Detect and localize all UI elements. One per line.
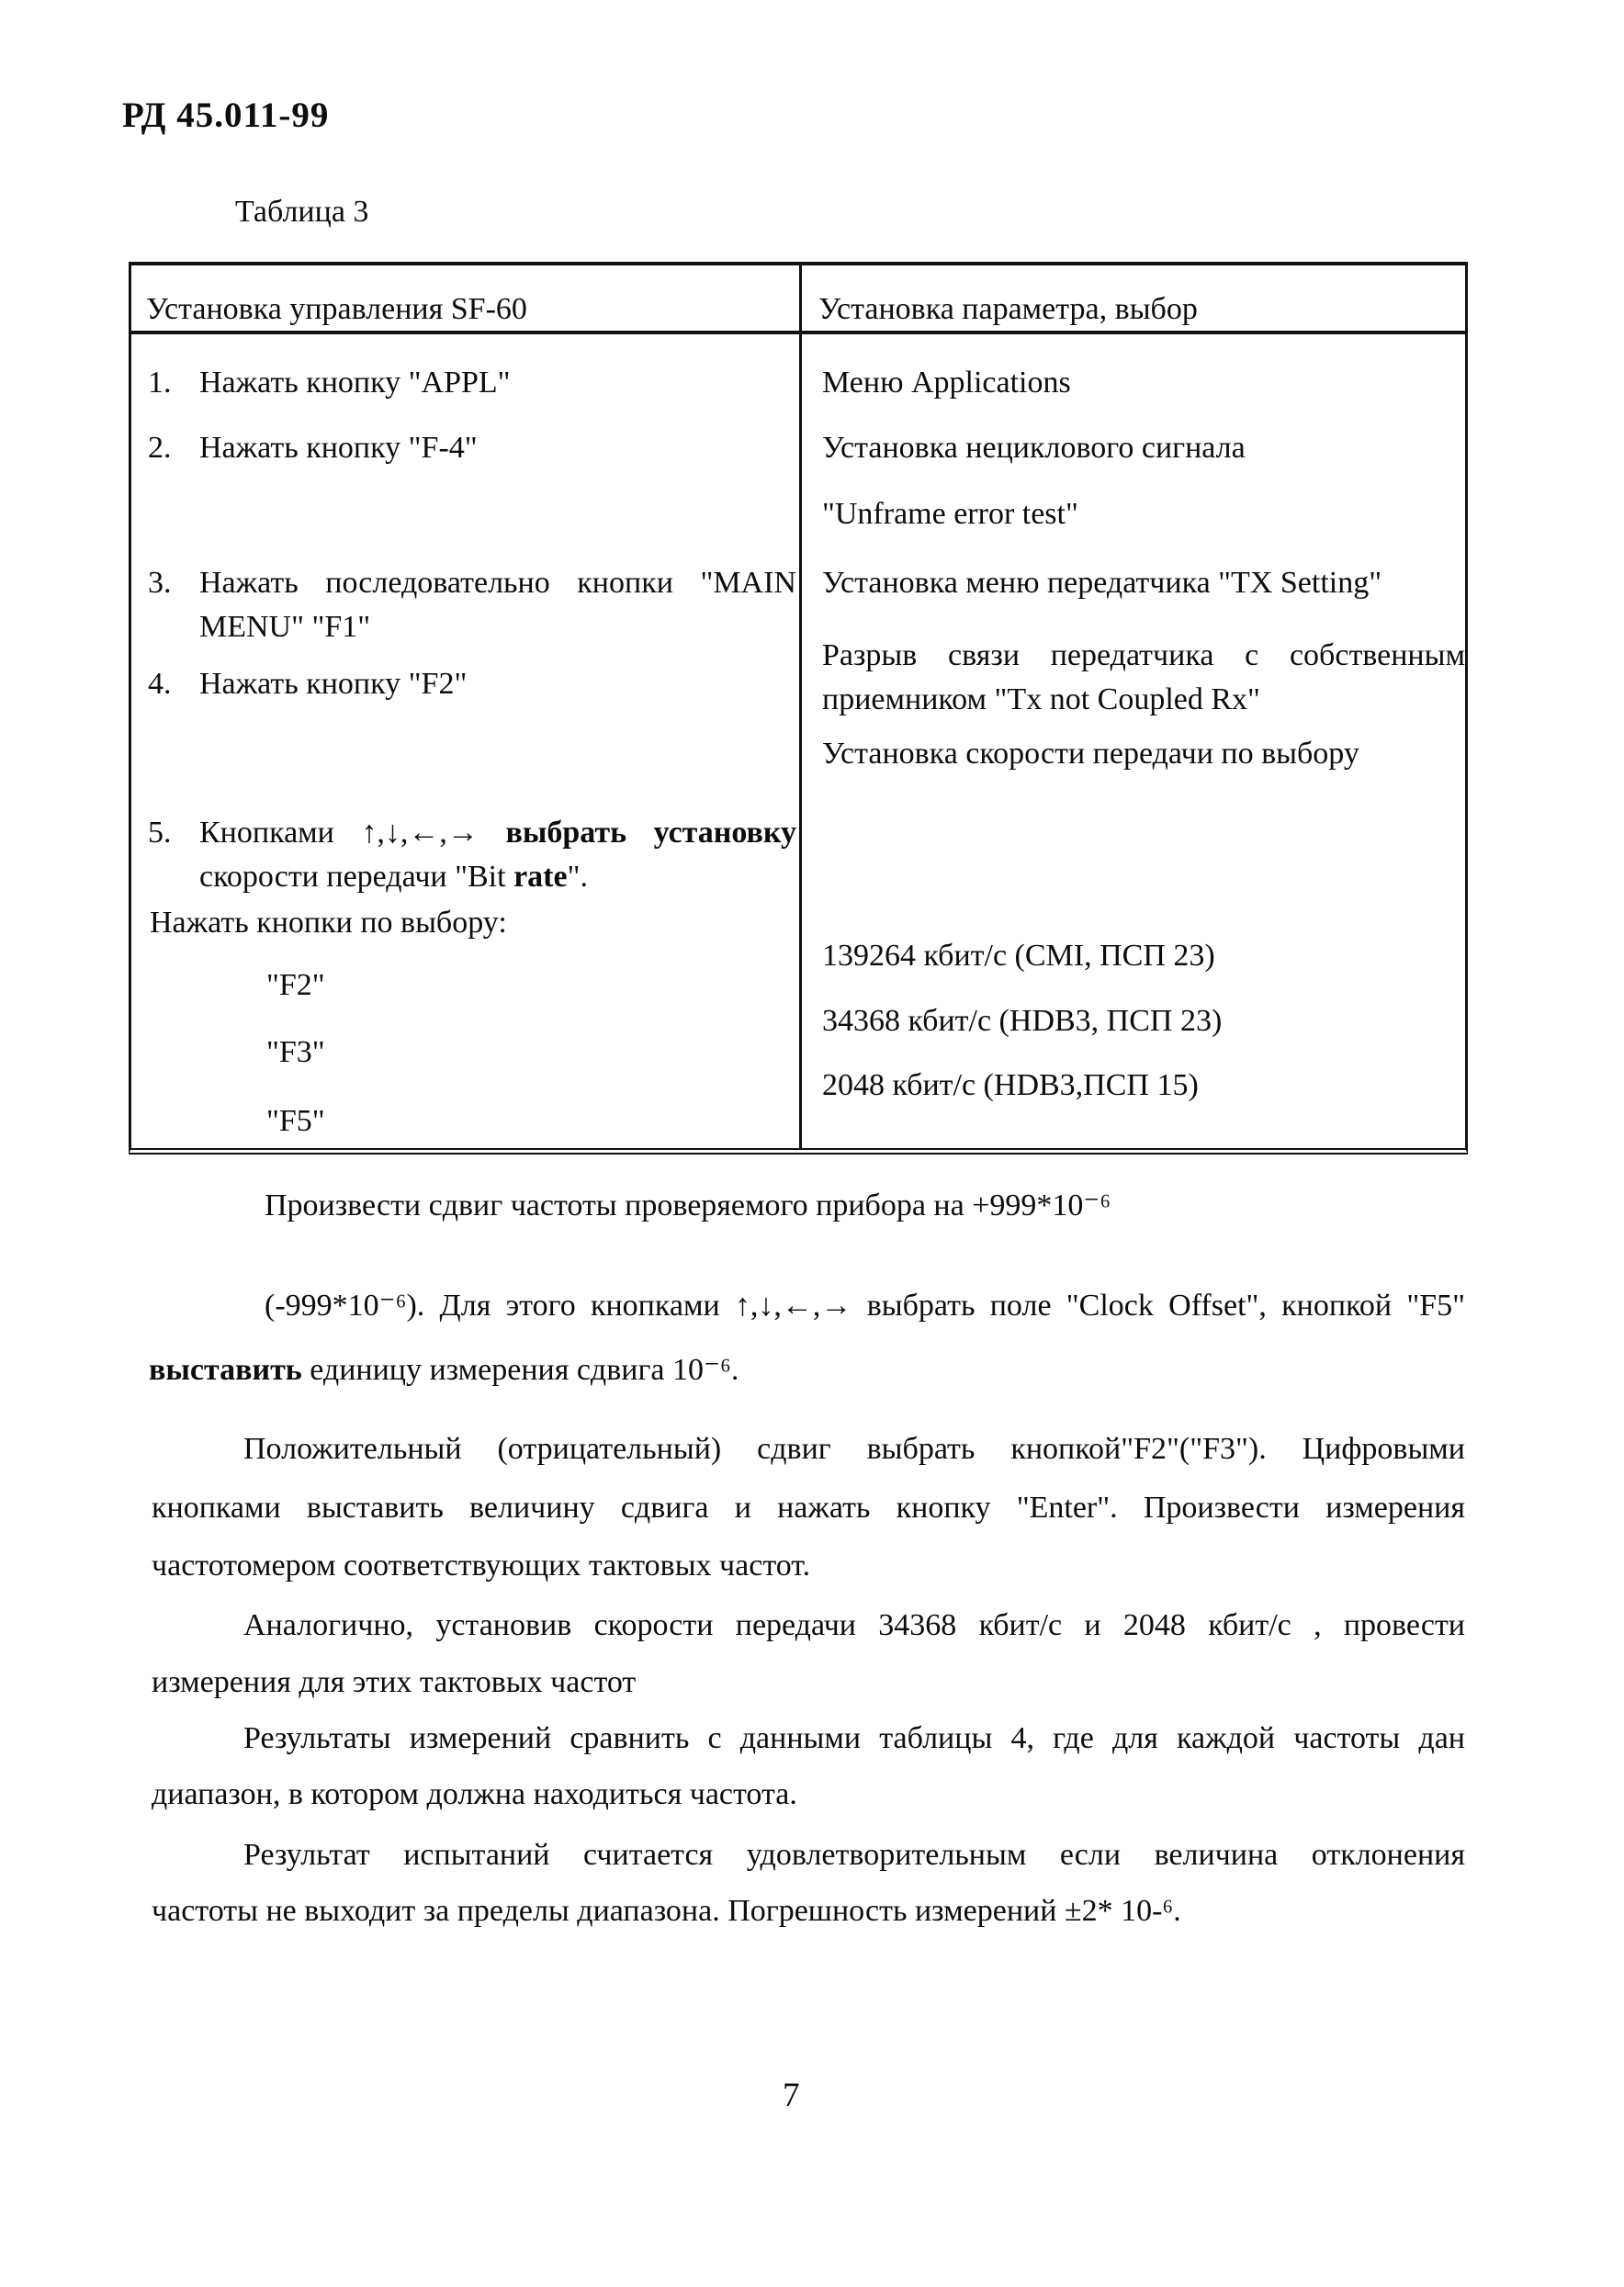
table-right-entry-1: Меню Applications xyxy=(822,361,1465,405)
table-right-entry-4: Разрыв связи передатчика с собственным п… xyxy=(822,634,1465,722)
table-left-choose-label: Нажать кнопки по выбору: xyxy=(150,903,507,943)
table-right-value-1: 139264 кбит/с (CMI, ПСП 23) xyxy=(822,934,1465,978)
table-header-col2: Установка параметра, выбор xyxy=(818,289,1198,330)
body-line-11: Результат испытаний считается удовлетвор… xyxy=(243,1835,1465,1876)
item-number: 5. xyxy=(148,811,172,855)
body-line-5: кнопками выставить величину сдвига и наж… xyxy=(152,1488,1465,1528)
table-left-item-5: 5.Кнопками ↑,↓,←,→ выбрать установку ско… xyxy=(148,811,796,899)
page-number: 7 xyxy=(783,2076,800,2115)
item-text: Кнопками ↑,↓,←,→ xyxy=(199,816,505,850)
item-text-bold: выбрать установку xyxy=(505,816,796,850)
body-line-6: частотомером соответствующих тактовых ча… xyxy=(152,1546,810,1586)
item-text: Нажать последовательно кнопки "MAIN MENU… xyxy=(199,566,796,644)
item-text-bold: rate xyxy=(513,860,568,894)
body-line-3: выставить единицу измерения сдвига 10⁻⁶. xyxy=(149,1350,739,1391)
item-text: скорости передачи "Bit xyxy=(199,860,513,894)
body-line-3-rest: единицу измерения сдвига 10⁻⁶. xyxy=(302,1353,739,1387)
body-line-8: измерения для этих тактовых частот xyxy=(152,1662,636,1703)
body-line-12: частоты не выходит за пределы диапазона.… xyxy=(152,1891,1181,1932)
body-line-2: (-999*10⁻⁶). Для этого кнопками ↑,↓,←,→ … xyxy=(265,1286,1465,1326)
item-number: 1. xyxy=(148,361,172,405)
item-number: 3. xyxy=(148,561,172,605)
body-line-1: Произвести сдвиг частоты проверяемого пр… xyxy=(265,1186,1111,1226)
table-left-item-4: 4.Нажать кнопку "F2" xyxy=(148,662,796,706)
table-left-item-1: 1.Нажать кнопку "APPL" xyxy=(148,361,796,405)
setup-table: Установка управления SF-60 Установка пар… xyxy=(129,262,1468,1155)
table-left-key-f2: "F2" xyxy=(266,965,325,1006)
body-line-7: Аналогично, установив скорости передачи … xyxy=(243,1605,1465,1646)
item-text: ". xyxy=(568,860,588,894)
document-page: РД 45.011-99 Таблица 3 Установка управле… xyxy=(0,0,1624,2287)
table-right-entry-5: Установка скорости передачи по выбору xyxy=(822,732,1465,776)
doc-code: РД 45.011-99 xyxy=(122,95,329,136)
table-left-key-f3: "F3" xyxy=(266,1032,325,1073)
table-right-value-3: 2048 кбит/с (HDB3,ПСП 15) xyxy=(822,1064,1465,1108)
table-right-entry-2a: Установка нециклового сигнала xyxy=(822,426,1465,470)
table-right-entry-2b: "Unframe error test" xyxy=(822,492,1465,536)
item-number: 4. xyxy=(148,662,172,706)
item-text: Нажать кнопку "F2" xyxy=(199,667,467,701)
table-right-entry-3: Установка меню передатчика "TX Setting" xyxy=(822,561,1465,605)
table-left-key-f5: "F5" xyxy=(266,1101,325,1142)
body-line-10: диапазон, в котором должна находиться ча… xyxy=(152,1774,797,1815)
item-text: Нажать кнопку "APPL" xyxy=(199,366,511,400)
body-line-4: Положительный (отрицательный) сдвиг выбр… xyxy=(243,1429,1465,1470)
table-left-item-2: 2.Нажать кнопку "F-4" xyxy=(148,426,796,470)
item-number: 2. xyxy=(148,426,172,470)
table-column-divider xyxy=(799,265,802,1148)
table-right-value-2: 34368 кбит/с (HDB3, ПСП 23) xyxy=(822,999,1465,1043)
table-left-item-3: 3.Нажать последовательно кнопки "MAIN ME… xyxy=(148,561,796,649)
body-line-9: Результаты измерений сравнить с данными … xyxy=(243,1718,1465,1759)
table-header-underline xyxy=(131,331,1465,334)
table-caption: Таблица 3 xyxy=(235,195,368,230)
body-line-3-bold: выставить xyxy=(149,1353,302,1387)
table-header-col1: Установка управления SF-60 xyxy=(146,289,527,330)
item-text: Нажать кнопку "F-4" xyxy=(199,431,478,465)
